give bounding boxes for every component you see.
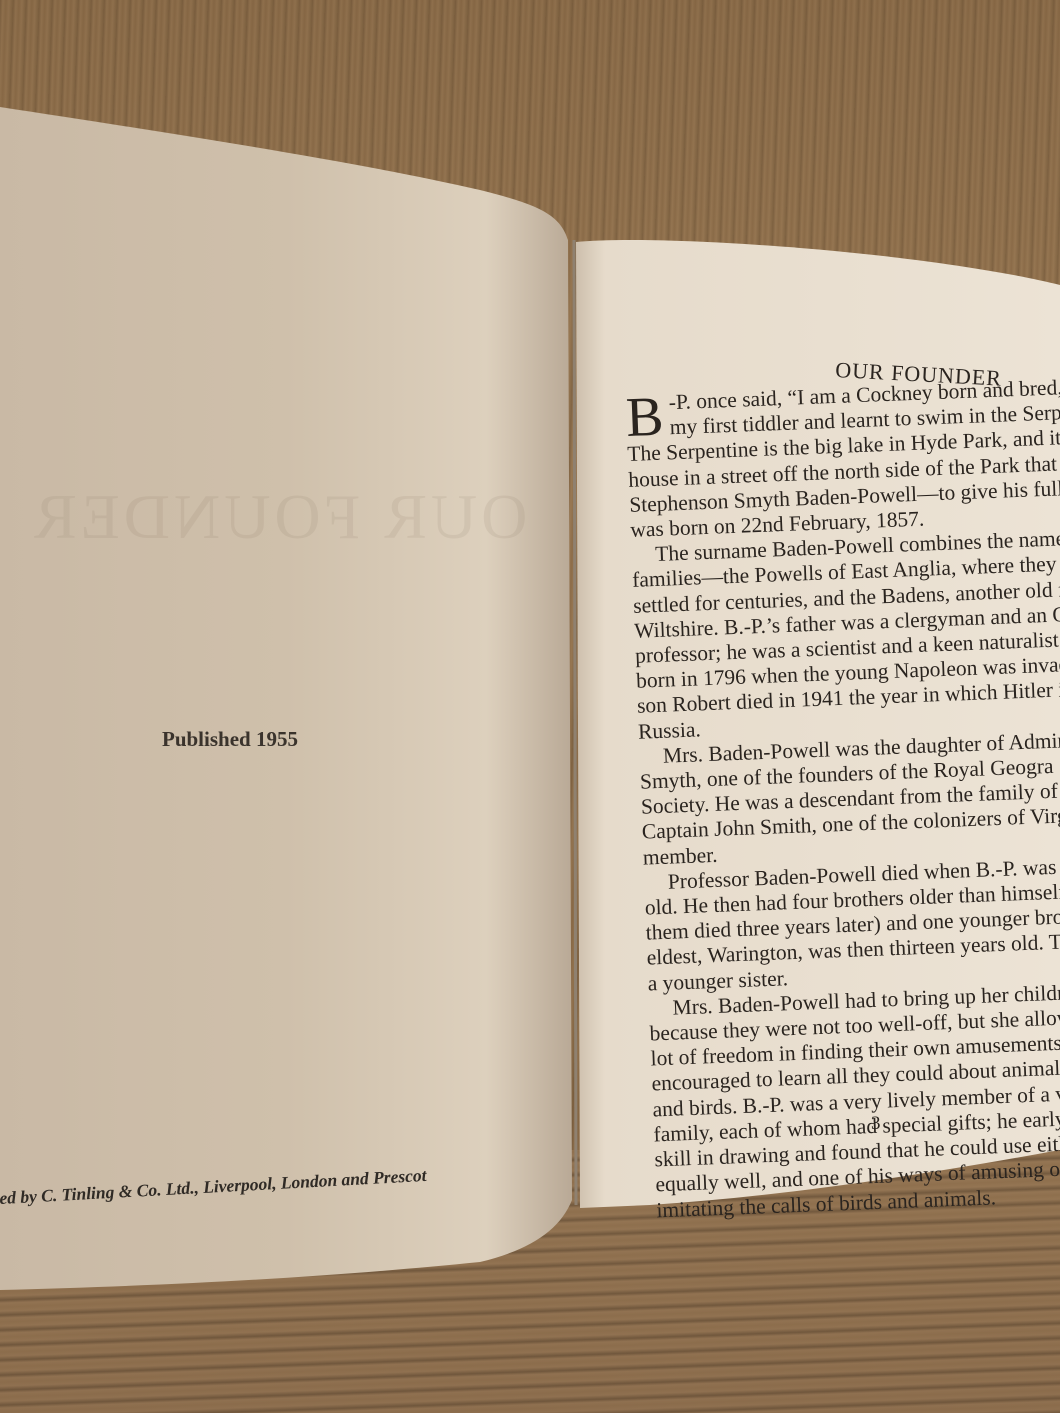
body-text: B -P. once said, “I am a Cockney born an… — [625, 372, 1060, 1223]
page-number: 3 — [871, 1113, 881, 1135]
left-page — [0, 107, 572, 1290]
gutter — [574, 240, 576, 1205]
publication-year: Published 1955 — [162, 727, 298, 752]
show-through-text: OUR FOUNDER — [30, 480, 527, 554]
drop-cap: B — [625, 395, 664, 440]
